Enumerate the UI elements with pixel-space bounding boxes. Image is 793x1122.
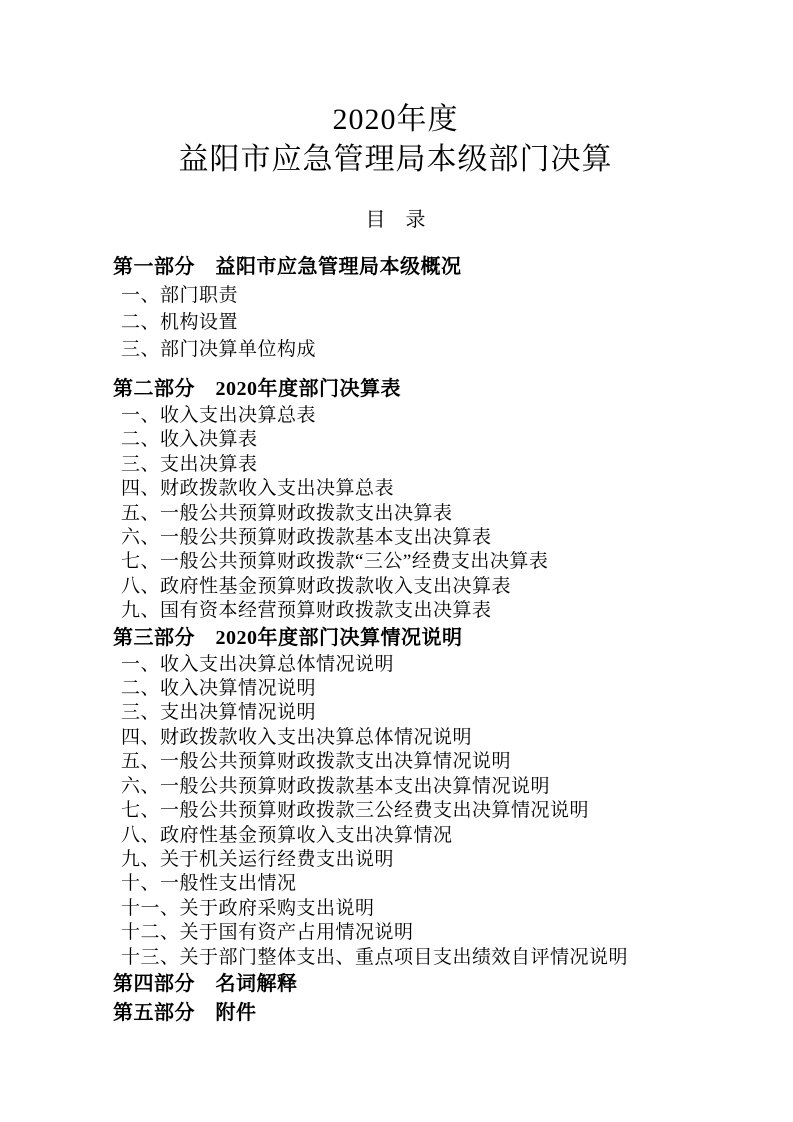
toc-item: 二、收入决算表 (113, 428, 678, 452)
document-page: 2020年度 益阳市应急管理局本级部门决算 目 录 第一部分 益阳市应急管理局本… (0, 0, 793, 1122)
toc-item: 九、国有资本经营预算财政拨款支出决算表 (113, 599, 678, 623)
toc-section-heading: 第一部分 益阳市应急管理局本级概况 (113, 253, 678, 282)
document-title: 2020年度 益阳市应急管理局本级部门决算 (113, 100, 678, 180)
toc-item: 十、一般性支出情况 (113, 872, 678, 896)
toc-item: 八、政府性基金预算财政拨款收入支出决算表 (113, 575, 678, 599)
toc-section-heading: 第三部分 2020年度部门决算情况说明 (113, 624, 678, 653)
toc-section-heading: 第五部分 附件 (113, 999, 678, 1028)
toc-section: 第二部分 2020年度部门决算表一、收入支出决算总表二、收入决算表三、支出决算表… (113, 375, 678, 624)
toc-section: 第五部分 附件 (113, 999, 678, 1028)
toc-section-heading: 第二部分 2020年度部门决算表 (113, 375, 678, 404)
toc-section: 第四部分 名词解释 (113, 970, 678, 999)
toc-item: 七、一般公共预算财政拨款“三公”经费支出决算表 (113, 550, 678, 574)
toc-item: 四、财政拨款收入支出决算总体情况说明 (113, 726, 678, 750)
toc-item: 四、财政拨款收入支出决算总表 (113, 477, 678, 501)
toc-item: 二、收入决算情况说明 (113, 677, 678, 701)
toc-item: 十二、关于国有资产占用情况说明 (113, 921, 678, 945)
toc-item: 五、一般公共预算财政拨款支出决算情况说明 (113, 750, 678, 774)
toc-item: 十三、关于部门整体支出、重点项目支出绩效自评情况说明 (113, 946, 678, 970)
toc-item: 一、部门职责 (113, 282, 678, 309)
toc-item: 六、一般公共预算财政拨款基本支出决算表 (113, 526, 678, 550)
toc-item: 九、关于机关运行经费支出说明 (113, 848, 678, 872)
toc-item: 一、收入支出决算总体情况说明 (113, 653, 678, 677)
toc-item: 七、一般公共预算财政拨款三公经费支出决算情况说明 (113, 799, 678, 823)
toc-title: 目 录 (113, 206, 678, 234)
toc-section: 第一部分 益阳市应急管理局本级概况一、部门职责二、机构设置三、部门决算单位构成 (113, 253, 678, 363)
document-title-year: 2020年度 (113, 100, 678, 140)
toc-item: 五、一般公共预算财政拨款支出决算表 (113, 502, 678, 526)
toc: 第一部分 益阳市应急管理局本级概况一、部门职责二、机构设置三、部门决算单位构成第… (113, 253, 678, 1028)
toc-item: 二、机构设置 (113, 309, 678, 336)
toc-item: 一、收入支出决算总表 (113, 404, 678, 428)
toc-item: 十一、关于政府采购支出说明 (113, 897, 678, 921)
toc-section: 第三部分 2020年度部门决算情况说明一、收入支出决算总体情况说明二、收入决算情… (113, 624, 678, 970)
toc-item: 三、支出决算表 (113, 453, 678, 477)
toc-item: 八、政府性基金预算收入支出决算情况 (113, 824, 678, 848)
toc-item: 三、部门决算单位构成 (113, 336, 678, 363)
toc-item: 三、支出决算情况说明 (113, 701, 678, 725)
document-title-name: 益阳市应急管理局本级部门决算 (113, 140, 678, 180)
toc-section-heading: 第四部分 名词解释 (113, 970, 678, 999)
toc-item: 六、一般公共预算财政拨款基本支出决算情况说明 (113, 775, 678, 799)
